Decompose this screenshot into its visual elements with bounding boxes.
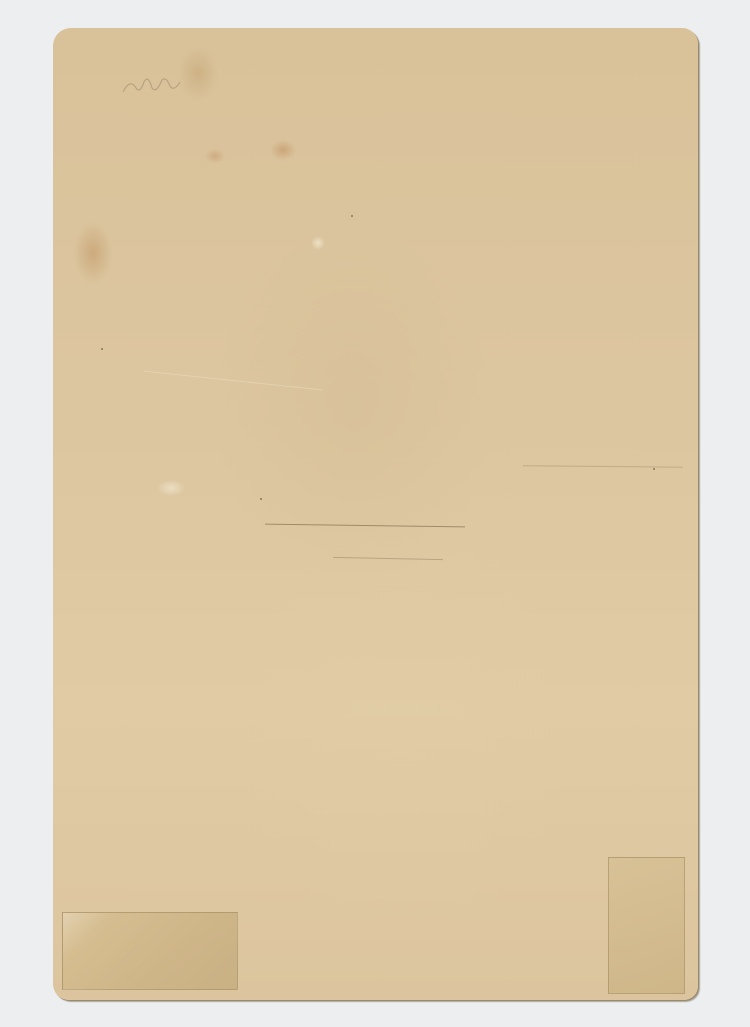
scuff-line [265,524,465,528]
scuff-line [333,557,443,560]
pencil-mark [118,68,188,96]
speck [653,468,655,470]
cabinet-card-back [53,28,698,1000]
hinge-tab-left [62,912,238,990]
speck [101,348,103,350]
scuff-line [143,371,322,391]
speck [260,498,262,500]
scuff-line [523,465,683,467]
hinge-tab-right [608,857,685,994]
speck [351,215,353,217]
